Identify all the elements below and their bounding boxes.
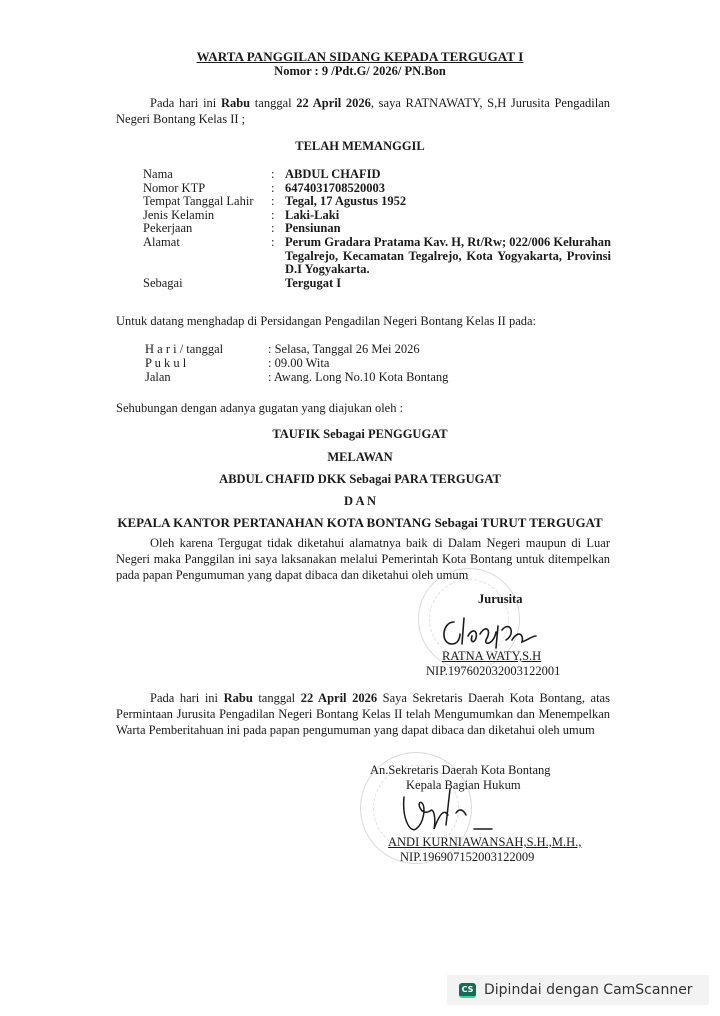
document-title: WARTA PANGGILAN SIDANG KEPADA TERGUGAT I xyxy=(0,49,720,65)
bailiff-signature-icon xyxy=(436,614,556,654)
secretary-signature-icon xyxy=(400,789,520,839)
intro-day: Rabu xyxy=(221,96,250,110)
identity-colon: : xyxy=(271,209,285,223)
secretary-pre: Pada hari ini xyxy=(150,691,224,705)
identity-label: Alamat xyxy=(143,236,271,277)
identity-row-birth: Tempat Tanggal Lahir : Tegal, 17 Agustus… xyxy=(143,195,611,209)
identity-colon: : xyxy=(271,222,285,236)
document-number: Nomor : 9 /Pdt.G/ 2026/ PN.Bon xyxy=(0,64,720,79)
schedule-value: : Selasa, Tanggal 26 Mei 2026 xyxy=(268,342,420,356)
identity-colon: : xyxy=(271,195,285,209)
publication-paragraph: Oleh karena Tergugat tidak diketahui ala… xyxy=(116,535,610,583)
schedule-value: : Awang. Long No.10 Kota Bontang xyxy=(268,370,448,384)
identity-row-ktp: Nomor KTP : 6474031708520003 xyxy=(143,182,611,196)
defendant-identity-table: Nama : ABDUL CHAFID Nomor KTP : 64740317… xyxy=(143,168,611,290)
lawsuit-paragraph: Sehubungan dengan adanya gugatan yang di… xyxy=(116,400,610,416)
secretary-day: Rabu xyxy=(224,691,253,705)
identity-value: Pensiunan xyxy=(285,222,611,236)
co-defendant-line: KEPALA KANTOR PERTANAHAN KOTA BONTANG Se… xyxy=(0,515,720,531)
identity-row-role: Sebagai Tergugat I xyxy=(143,277,611,291)
identity-label: Pekerjaan xyxy=(143,222,271,236)
document-page: WARTA PANGGILAN SIDANG KEPADA TERGUGAT I… xyxy=(0,0,720,1016)
versus-line: MELAWAN xyxy=(0,450,720,465)
identity-value: Tergugat I xyxy=(285,277,611,291)
secretary-date: 22 April 2026 xyxy=(301,691,377,705)
identity-label: Sebagai xyxy=(143,277,271,291)
identity-label: Tempat Tanggal Lahir xyxy=(143,195,271,209)
identity-colon: : xyxy=(271,236,285,277)
identity-value: Tegal, 17 Agustus 1952 xyxy=(285,195,611,209)
plaintiff-line: TAUFIK Sebagai PENGGUGAT xyxy=(0,427,720,442)
secretary-mid: tanggal xyxy=(253,691,301,705)
and-line: D A N xyxy=(0,494,720,509)
identity-colon: : xyxy=(271,168,285,182)
schedule-row-date: H a r i / tanggal : Selasa, Tanggal 26 M… xyxy=(145,342,448,356)
identity-label: Jenis Kelamin xyxy=(143,209,271,223)
identity-colon: : xyxy=(271,182,285,196)
identity-row-address: Alamat : Perum Gradara Pratama Kav. H, R… xyxy=(143,236,611,277)
intro-date: 22 April 2026 xyxy=(296,96,371,110)
schedule-label: H a r i / tanggal xyxy=(145,342,268,356)
identity-value: Laki-Laki xyxy=(285,209,611,223)
hearing-schedule: H a r i / tanggal : Selasa, Tanggal 26 M… xyxy=(145,342,448,384)
watermark-text: Dipindai dengan CamScanner xyxy=(484,982,693,998)
identity-row-gender: Jenis Kelamin : Laki-Laki xyxy=(143,209,611,223)
identity-row-name: Nama : ABDUL CHAFID xyxy=(143,168,611,182)
summon-heading: TELAH MEMANGGIL xyxy=(0,139,720,154)
secretary-paragraph: Pada hari ini Rabu tanggal 22 April 2026… xyxy=(116,690,610,738)
camscanner-logo-icon: CS xyxy=(459,983,476,998)
camscanner-watermark: CS Dipindai dengan CamScanner xyxy=(447,975,709,1005)
intro-pre: Pada hari ini xyxy=(150,96,221,110)
identity-value: Perum Gradara Pratama Kav. H, Rt/Rw; 022… xyxy=(285,236,611,277)
schedule-label: Jalan xyxy=(145,370,268,384)
schedule-label: P u k u l xyxy=(145,356,268,370)
schedule-row-time: P u k u l : 09.00 Wita xyxy=(145,356,448,370)
bailiff-title: Jurusita xyxy=(478,592,522,607)
schedule-row-address: Jalan : Awang. Long No.10 Kota Bontang xyxy=(145,370,448,384)
appearance-paragraph: Untuk datang menghadap di Persidangan Pe… xyxy=(116,313,610,329)
secretary-office: An.Sekretaris Daerah Kota Bontang xyxy=(370,763,551,778)
schedule-value: : 09.00 Wita xyxy=(268,356,329,370)
identity-label: Nama xyxy=(143,168,271,182)
secretary-name: ANDI KURNIAWANSAH,S.H.,M.H., xyxy=(388,835,581,850)
identity-label: Nomor KTP xyxy=(143,182,271,196)
bailiff-nip: NIP.197602032003122001 xyxy=(426,664,560,679)
identity-value: ABDUL CHAFID xyxy=(285,168,611,182)
identity-row-occupation: Pekerjaan : Pensiunan xyxy=(143,222,611,236)
secretary-nip: NIP.196907152003122009 xyxy=(400,850,534,865)
intro-mid: tanggal xyxy=(250,96,296,110)
identity-value: 6474031708520003 xyxy=(285,182,611,196)
defendants-line: ABDUL CHAFID DKK Sebagai PARA TERGUGAT xyxy=(0,472,720,487)
identity-colon xyxy=(271,277,285,291)
bailiff-name: RATNA WATY,S.H xyxy=(442,649,541,664)
intro-paragraph: Pada hari ini Rabu tanggal 22 April 2026… xyxy=(116,95,610,127)
